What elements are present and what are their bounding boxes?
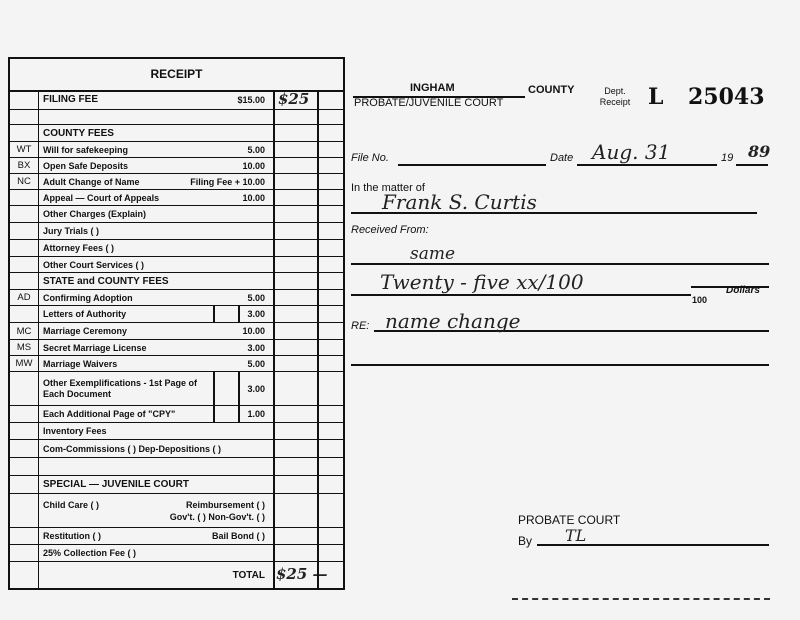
fee-row: Other Court Services ( ) (10, 257, 343, 273)
matter-value[interactable]: Frank S. Curtis (382, 190, 537, 214)
by-signature[interactable]: TL (565, 526, 586, 545)
total-row: TOTAL $25 — (10, 562, 343, 588)
fee-row: Other Exemplifications - 1st Page of Eac… (10, 372, 343, 406)
fee-row: Attorney Fees ( ) (10, 240, 343, 257)
collection-fee-row: 25% Collection Fee ( ) (10, 545, 343, 562)
dollars-label: Dollars (726, 285, 760, 296)
receipt-title: RECEIPT (10, 59, 343, 92)
re-value[interactable]: name change (385, 309, 521, 333)
fee-row: ADConfirming Adoption5.00 (10, 290, 343, 306)
received-from-label: Received From: (351, 224, 429, 236)
fee-row: MWMarriage Waivers5.00 (10, 356, 343, 372)
hundred-label: 100 (692, 295, 707, 305)
juvenile-care-row: Child Care ( ) Reimbursement ( ) Gov't. … (10, 494, 343, 528)
county-name: INGHAM (410, 82, 455, 94)
juvenile-header: SPECIAL — JUVENILE COURT (10, 476, 343, 494)
fee-row: Inventory Fees (10, 423, 343, 440)
re-label: RE: (351, 320, 369, 332)
fee-row: MCMarriage Ceremony10.00 (10, 323, 343, 340)
file-no-label: File No. (351, 152, 389, 164)
date-value[interactable]: Aug. 31 (592, 140, 670, 164)
juvenile-restitution-row: Restitution ( ) Bail Bond ( ) (10, 528, 343, 545)
filing-fee-amount: $15.00 (237, 90, 265, 109)
year-value[interactable]: 89 (748, 142, 770, 161)
fee-row: BXOpen Safe Deposits10.00 (10, 158, 343, 174)
fee-row: Letters of Authority3.00 (10, 306, 343, 323)
total-label: TOTAL (233, 562, 265, 588)
receipt-number: 25043 (688, 84, 765, 110)
fee-row: Com-Commissions ( ) Dep-Depositions ( ) (10, 440, 343, 458)
fee-row: WTWill for safekeeping5.00 (10, 142, 343, 158)
received-from-value[interactable]: same (410, 244, 455, 264)
receipt-table: RECEIPT FILING FEE $15.00 $25 COUNTY FEE… (8, 57, 345, 590)
by-label: By (518, 534, 532, 548)
fee-row: NCAdult Change of NameFiling Fee + 10.00 (10, 174, 343, 190)
court-signoff: PROBATE COURT (518, 513, 620, 527)
receipt-letter: L (648, 84, 663, 110)
county-label: COUNTY (528, 84, 574, 96)
year-prefix: 19 (721, 152, 733, 164)
file-no-field[interactable] (398, 164, 546, 166)
perforation-line (512, 598, 770, 600)
court-name: PROBATE/JUVENILE COURT (354, 97, 503, 109)
blank-row (10, 458, 343, 476)
fee-row: Appeal — Court of Appeals10.00 (10, 190, 343, 206)
fee-row: Other Charges (Explain) (10, 206, 343, 223)
filing-fee-paid: $25 (278, 90, 309, 108)
fee-row: Jury Trials ( ) (10, 223, 343, 240)
fee-row: Each Additional Page of "CPY"1.00 (10, 406, 343, 423)
filing-fee-row: FILING FEE $15.00 $25 (10, 90, 343, 110)
dept-receipt-label: Dept. Receipt (595, 86, 635, 108)
filing-fee-label: FILING FEE (43, 90, 98, 109)
total-value: $25 — (276, 565, 328, 583)
fee-row: MSSecret Marriage License3.00 (10, 340, 343, 356)
date-label: Date (550, 152, 573, 164)
amount-words[interactable]: Twenty - five xx/100 (380, 270, 584, 294)
extra-line (351, 364, 769, 366)
state-county-header: STATE and COUNTY FEES (10, 273, 343, 290)
blank-row (10, 110, 343, 125)
county-fees-header: COUNTY FEES (10, 125, 343, 142)
